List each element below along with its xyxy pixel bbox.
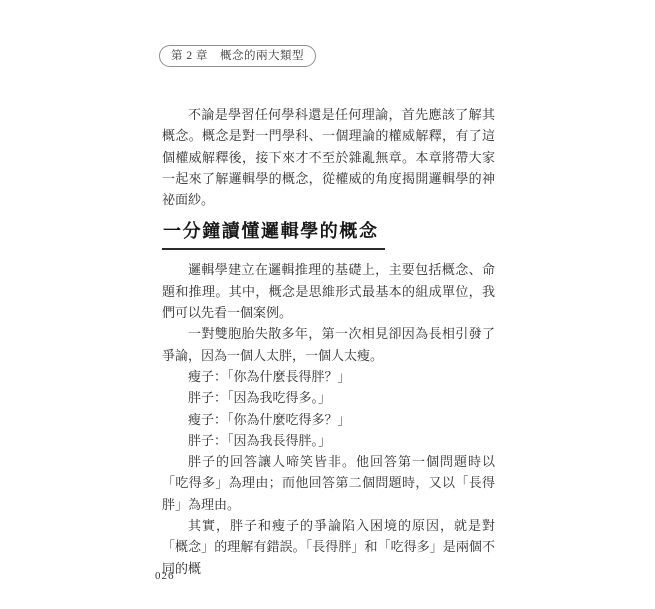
- paragraph-analysis-1: 胖子的回答讓人啼笑皆非。他回答第一個問題時以「吃得多」為理由；而他回答第二個問題…: [162, 451, 495, 515]
- paragraph-case-setup: 一對雙胞胎失散多年，第一次相見卻因為長相引發了爭論，因為一個人太胖，一個人太瘦。: [162, 323, 495, 366]
- page-content: 不論是學習任何學科還是任何理論，首先應該了解其概念。概念是對一門學科、一個理論的…: [162, 104, 495, 579]
- dialogue-line-4: 胖子：「因為我長得胖。」: [162, 430, 495, 451]
- section-heading-row: 一分鐘讀懂邏輯學的概念: [162, 220, 495, 250]
- chapter-header-pill: 第 2 章 概念的兩大類型: [159, 45, 316, 67]
- dialogue-line-1: 瘦子：「你為什麼長得胖？」: [162, 366, 495, 387]
- dialogue-line-2: 胖子：「因為我吃得多。」: [162, 387, 495, 408]
- dialogue-line-3: 瘦子：「你為什麼吃得多？」: [162, 409, 495, 430]
- paragraph-intro: 不論是學習任何學科還是任何理論，首先應該了解其概念。概念是對一門學科、一個理論的…: [162, 104, 495, 210]
- page-number: 026: [155, 570, 175, 582]
- book-page: 第 2 章 概念的兩大類型 不論是學習任何學科還是任何理論，首先應該了解其概念。…: [0, 0, 655, 609]
- paragraph-section-intro: 邏輯學建立在邏輯推理的基礎上，主要包括概念、命題和推理。其中，概念是思維形式最基…: [162, 259, 495, 323]
- section-title: 一分鐘讀懂邏輯學的概念: [162, 220, 385, 250]
- paragraph-analysis-2: 其實，胖子和瘦子的爭論陷入困境的原因，就是對「概念」的理解有錯誤。「長得胖」和「…: [162, 515, 495, 579]
